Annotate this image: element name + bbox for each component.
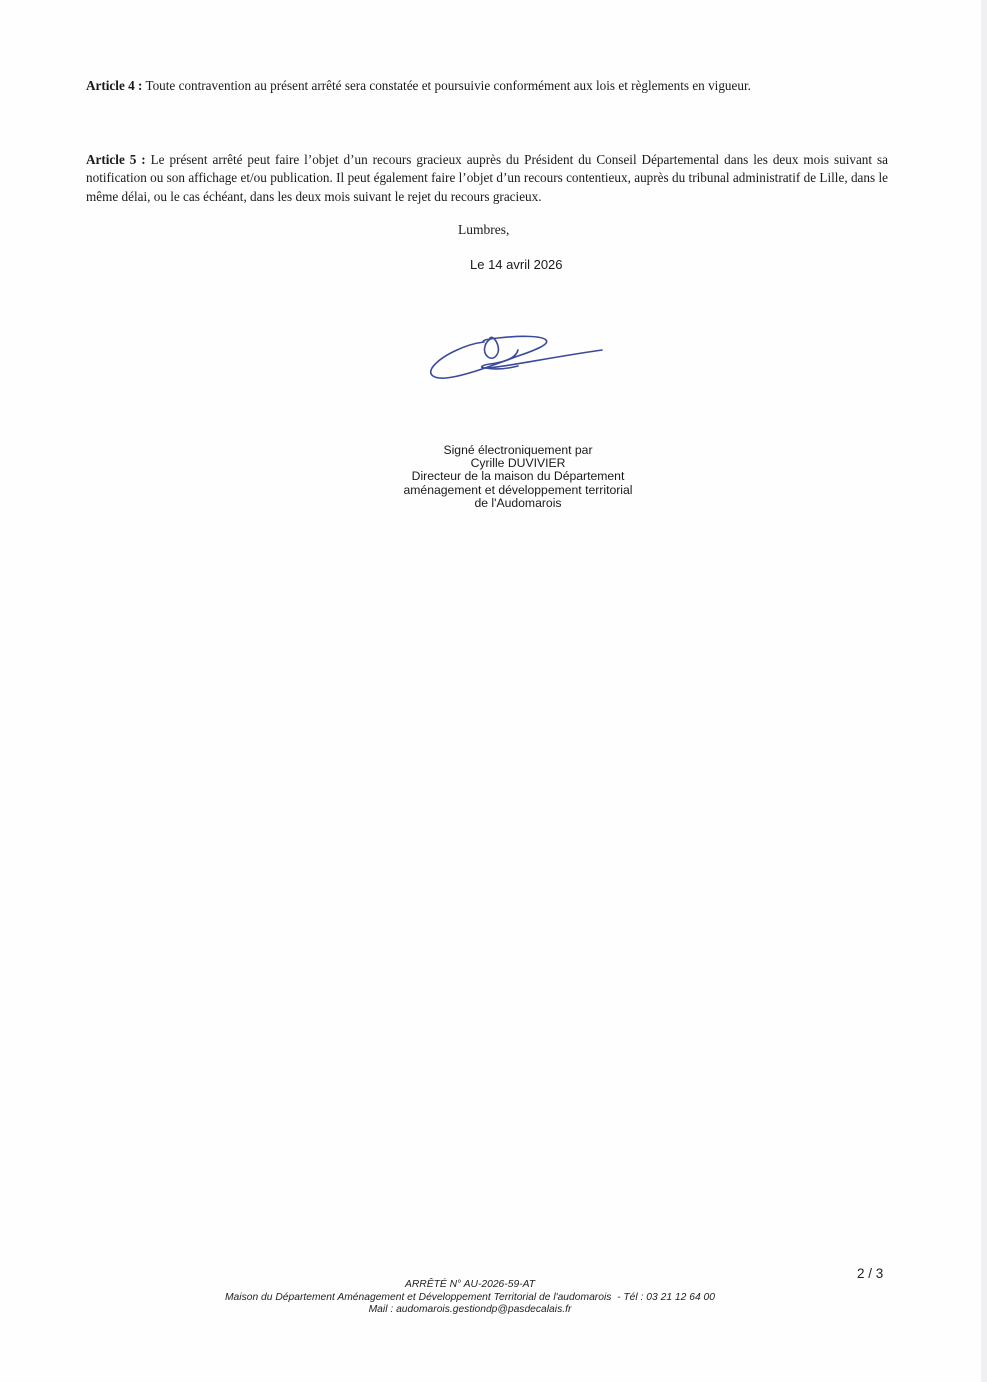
article-4-label: Article 4 : bbox=[86, 78, 142, 93]
scrollbar-track[interactable] bbox=[981, 0, 987, 1382]
signatory-title-line-2: aménagement et développement territorial bbox=[380, 484, 656, 497]
article-4-paragraph: Article 4 : Toute contravention au prése… bbox=[86, 77, 888, 95]
article-5-text: Le présent arrêté peut faire l’objet d’u… bbox=[86, 152, 888, 204]
article-5-label: Article 5 : bbox=[86, 152, 146, 167]
signing-place: Lumbres, bbox=[458, 222, 509, 238]
handwritten-signature-icon bbox=[426, 330, 611, 382]
document-page: Article 4 : Toute contravention au prése… bbox=[0, 0, 981, 1382]
article-5-paragraph: Article 5 : Le présent arrêté peut faire… bbox=[86, 151, 888, 206]
article-4-text: Toute contravention au présent arrêté se… bbox=[142, 78, 751, 93]
page-footer: ARRÊTÉ N° AU-2026-59-AT Maison du Départ… bbox=[190, 1279, 750, 1317]
signing-date: Le 14 avril 2026 bbox=[470, 257, 563, 272]
footer-reference: ARRÊTÉ N° AU-2026-59-AT bbox=[190, 1279, 750, 1292]
footer-mail: Mail : audomarois.gestiondp@pasdecalais.… bbox=[190, 1304, 750, 1317]
page-number: 2 / 3 bbox=[857, 1266, 883, 1281]
footer-address: Maison du Département Aménagement et Dév… bbox=[190, 1292, 750, 1305]
signatory-title-line-3: de l'Audomarois bbox=[380, 497, 656, 510]
electronic-signature-block: Signé électroniquement par Cyrille DUVIV… bbox=[380, 444, 656, 510]
signatory-title-line-1: Directeur de la maison du Département bbox=[380, 470, 656, 483]
